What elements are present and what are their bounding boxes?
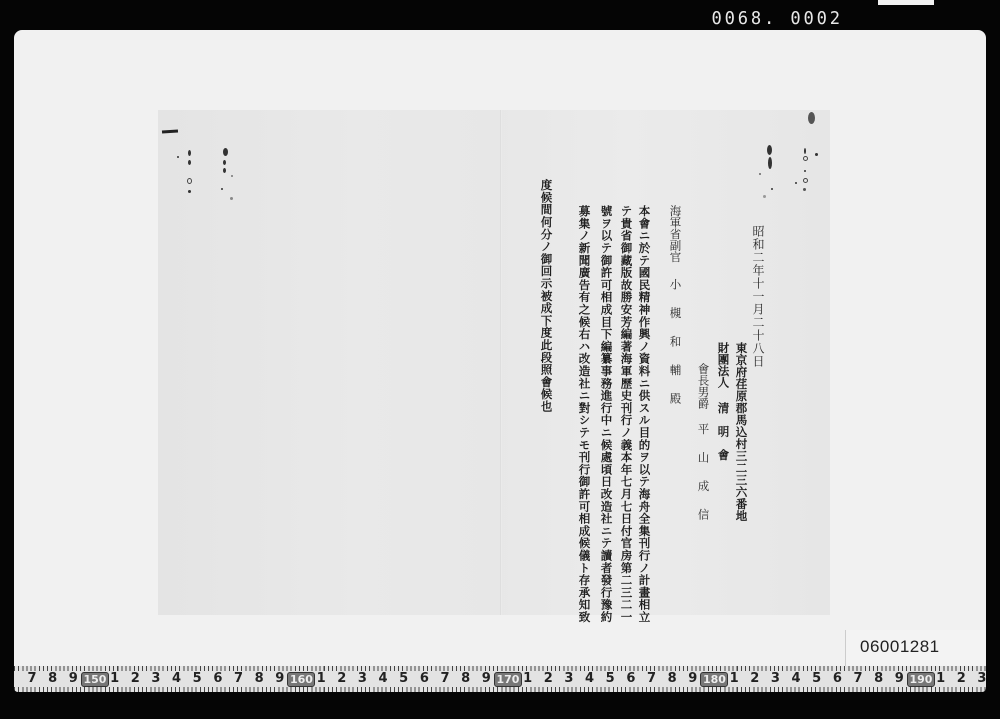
ruler-label: 7 <box>435 671 455 687</box>
ruler-label: 6 <box>621 671 641 687</box>
letter-date: 昭和二年十一月二十八日 <box>752 225 764 368</box>
ruler-label: 1 <box>724 671 744 687</box>
body-line-2: テ貴省御藏版故勝安芳編著海軍歷史刊行ノ義本年七月七日付官房第二三二一 <box>620 205 632 623</box>
ruler-label: 2 <box>538 671 558 687</box>
body-line-3: 號ヲ以テ御許可相成目下編纂事務進行中ニ候處頃日改造社ニテ讀者發行豫約 <box>600 205 612 623</box>
ruler-label: 5 <box>394 671 414 687</box>
sender-organization: 財團法人清明會 <box>717 342 729 473</box>
ruler-label: 2 <box>951 671 971 687</box>
reel-frame-code: 0068. 0002 <box>711 8 842 29</box>
ruler-label: 6 <box>414 671 434 687</box>
ruler-label: 5 <box>187 671 207 687</box>
ruler-label: 6 <box>208 671 228 687</box>
ruler-labels: 7891501234567891601234567891701234567891… <box>14 671 986 687</box>
measurement-ruler: 7891501234567891601234567891701234567891… <box>14 666 986 692</box>
ruler-label: 8 <box>662 671 682 687</box>
body-line-1: 本會ニ於テ國民精神作興ノ資料ニ供スル目的ヲ以テ海舟全集刊行ノ計畫相立 <box>638 205 650 623</box>
ruler-label: 6 <box>827 671 847 687</box>
ruler-label: 3 <box>765 671 785 687</box>
ruler-label: 8 <box>249 671 269 687</box>
ruler-label: 7 <box>22 671 42 687</box>
document-id-label: 06001281 <box>845 630 986 666</box>
addressee-office: 海軍省副官 <box>669 205 683 263</box>
sender-org-prefix: 財團法人 <box>717 342 731 388</box>
ruler-label: 2 <box>332 671 352 687</box>
ruler-label: 2 <box>745 671 765 687</box>
ruler-label: 1 <box>311 671 331 687</box>
ruler-label: 1 <box>518 671 538 687</box>
document-id: 06001281 <box>860 637 940 657</box>
sender-org-name: 清明會 <box>717 402 731 473</box>
ruler-label: 5 <box>807 671 827 687</box>
addressee-name: 小槻和輔 <box>669 279 683 393</box>
ruler-label: 7 <box>848 671 868 687</box>
sender-address: 東京府荏原郡馬込村三二三六番地 <box>735 342 747 522</box>
ruler-label: 2 <box>125 671 145 687</box>
ruler-label: 5 <box>600 671 620 687</box>
ruler-label: 3 <box>352 671 372 687</box>
ruler-label: 8 <box>456 671 476 687</box>
ruler-label: 4 <box>580 671 600 687</box>
ruler-label: 7 <box>642 671 662 687</box>
sender-signature: 會長男爵平山成信 <box>697 363 709 537</box>
addressee-honorific: 殿 <box>669 393 683 405</box>
ruler-label: 4 <box>373 671 393 687</box>
sender-name: 平山成信 <box>697 423 711 537</box>
body-line-4: 募集ノ新聞廣告有之候右ハ改造社ニ對シテモ刊行御許可相成候儀ト存承知致 <box>578 205 590 623</box>
paper-fold-line <box>500 110 502 615</box>
ruler-label: 3 <box>972 671 986 687</box>
ruler-label: 1 <box>105 671 125 687</box>
ruler-label: 3 <box>146 671 166 687</box>
ruler-label: 8 <box>869 671 889 687</box>
ruler-label: 8 <box>43 671 63 687</box>
addressee: 海軍省副官小槻和輔殿 <box>669 205 681 404</box>
ruler-label: 4 <box>786 671 806 687</box>
ruler-label: 3 <box>559 671 579 687</box>
ruler-ticks-bottom <box>14 687 986 692</box>
sender-title: 會長男爵 <box>697 363 711 409</box>
body-line-5: 度候間何分ノ御回示被成下度此段照會候也 <box>540 179 552 413</box>
ruler-label: 1 <box>931 671 951 687</box>
film-edge-tab <box>878 0 934 5</box>
ruler-label: 4 <box>167 671 187 687</box>
ruler-label: 7 <box>229 671 249 687</box>
